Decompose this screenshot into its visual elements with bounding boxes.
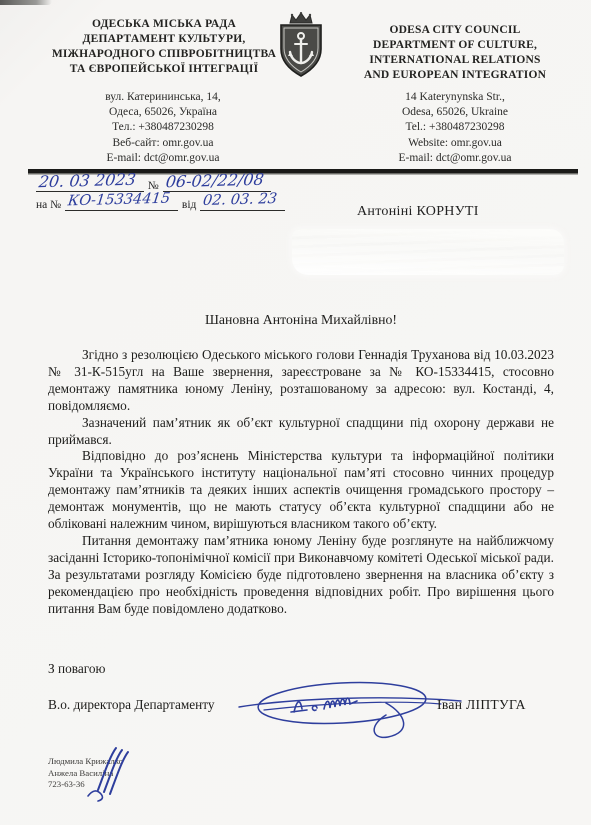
addressee-name: Антоніні КОРНУТІ (357, 204, 479, 220)
address-line: 14 Katerynynska Str., (348, 90, 562, 105)
org-name-line: МІЖНАРОДНОГО СПІВРОБІТНИЦТВА (30, 47, 298, 62)
handwritten-paraph (84, 744, 146, 804)
org-name-line: ТА ЄВРОПЕЙСЬКОЇ ІНТЕГРАЦІЇ (30, 62, 298, 77)
redacted-address-whiteout (292, 229, 564, 275)
org-name-line: ДЕПАРТАМЕНТ КУЛЬТУРИ, (30, 32, 298, 47)
odesa-coat-of-arms-icon (276, 12, 326, 78)
signer-name: Іван ЛІПТУГА (437, 697, 526, 713)
address-line: E-mail: dct@omr.gov.ua (348, 151, 562, 166)
incoming-reference-line: на № КО-15334415 від 02. 03. 23 (36, 191, 285, 211)
scan-edge-artifact (0, 0, 52, 5)
org-name-english: ODESA CITY COUNCILDEPARTMENT OF CULTURE,… (338, 23, 572, 83)
address-line: E-mail: dct@omr.gov.ua (48, 151, 278, 166)
address-line: Website: omr.gov.ua (348, 136, 562, 151)
signer-position: В.о. директора Департаменту (48, 697, 215, 713)
org-name-ukrainian: ОДЕСЬКА МІСЬКА РАДАДЕПАРТАМЕНТ КУЛЬТУРИ,… (30, 17, 298, 77)
body-paragraph: Питання демонтажу пам’ятника юному Ленін… (48, 533, 554, 618)
address-line: Одеса, 65026, Україна (48, 105, 278, 120)
handwritten-incoming-date: 02. 03. 23 (202, 191, 278, 210)
address-line: Веб-сайт: omr.gov.ua (48, 136, 278, 151)
address-line: Tel.: +380487230298 (348, 120, 562, 135)
org-name-line: INTERNATIONAL RELATIONS (338, 53, 572, 68)
address-line: Odesa, 65026, Ukraine (348, 105, 562, 120)
address-line: вул. Катерининська, 14, (48, 90, 278, 105)
address-ukrainian: вул. Катерининська, 14,Одеса, 65026, Укр… (48, 90, 278, 166)
closing-regards: З повагою (48, 661, 105, 677)
body-paragraph: Відповідно до роз’яснень Міністерства ку… (48, 448, 554, 533)
handwritten-incoming-number: КО-15334415 (67, 191, 171, 211)
vid-label: від (182, 199, 196, 211)
body-paragraph: Зазначений пам’ятник як об’єкт культурно… (48, 415, 554, 449)
org-name-line: ODESA CITY COUNCIL (338, 23, 572, 38)
salutation: Шановна Антоніна Михайлівно! (48, 312, 554, 328)
org-name-line: DEPARTMENT OF CULTURE, (338, 38, 572, 53)
handwritten-outgoing-number: 06-02/22/08 (165, 171, 265, 191)
outgoing-reference-line: 20. 03 2023 № 06-02/22/08 (36, 172, 271, 192)
letter-body: Згідно з резолюцією Одеського міського г… (48, 347, 554, 618)
handwritten-date: 20. 03 2023 (38, 171, 137, 191)
address-english: 14 Katerynynska Str.,Odesa, 65026, Ukrai… (348, 90, 562, 166)
scanned-letter-page: ОДЕСЬКА МІСЬКА РАДАДЕПАРТАМЕНТ КУЛЬТУРИ,… (0, 0, 591, 825)
body-paragraph: Згідно з резолюцією Одеського міського г… (48, 347, 554, 415)
org-name-line: ОДЕСЬКА МІСЬКА РАДА (30, 17, 298, 32)
org-name-line: AND EUROPEAN INTEGRATION (338, 68, 572, 83)
address-line: Тел.: +380487230298 (48, 120, 278, 135)
na-number-label: на № (36, 199, 61, 211)
signature-scribble (236, 676, 464, 742)
